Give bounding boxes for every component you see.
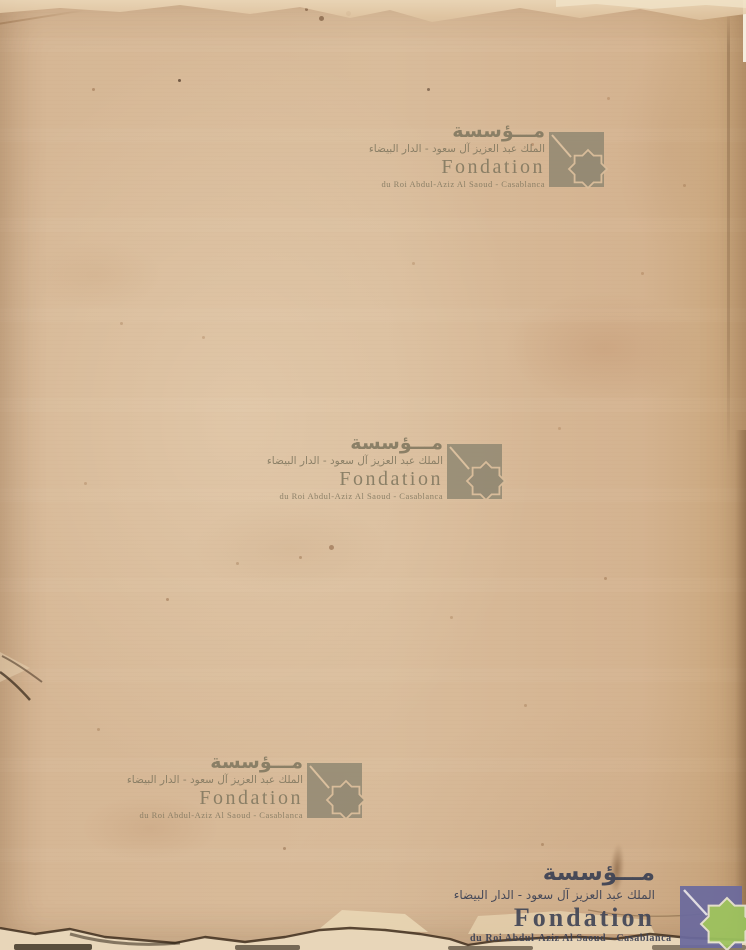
stamp-arabic-subtitle: الملك عبد العزيز آل سعود - الدار البيضاء	[263, 455, 443, 468]
stamp-latin-subtitle: du Roi Abdul-Aziz Al Saoud - Casablanca	[263, 491, 443, 501]
stamp-latin-title: Fondation	[123, 788, 303, 809]
stamp-latin-title: Fondation	[263, 469, 443, 490]
stamp-latin-subtitle: du Roi Abdul-Aziz Al Saoud - Casablanca	[365, 179, 545, 189]
stamp-arabic-title: مـــؤسسة	[365, 122, 545, 141]
stamp-arabic-subtitle: الملك عبد العزيز آل سعود - الدار البيضاء	[123, 774, 303, 787]
stamp-arabic-title: مـــؤسسة	[123, 753, 303, 772]
stamp-text-block: مـــؤسسة الملك عبد العزيز آل سعود - الدا…	[470, 862, 655, 944]
foundation-stamp-top: مـــؤسسة الملك عبد العزيز آل سعود - الدا…	[365, 122, 609, 190]
stamp-latin-title: Fondation	[470, 904, 655, 931]
stamp-text-block: مـــؤسسة الملك عبد العزيز آل سعود - الدا…	[263, 434, 443, 501]
stamp-arabic-subtitle: الملك عبد العزيز آل سعود - الدار البيضاء	[365, 143, 545, 156]
foundation-logo-icon	[307, 763, 367, 821]
scanned-page: مـــؤسسة الملك عبد العزيز آل سعود - الدا…	[0, 0, 746, 950]
torn-left-edge	[0, 640, 52, 712]
stamp-arabic-title: مـــؤسسة	[263, 434, 443, 453]
foundation-logo-color-icon	[680, 886, 746, 950]
stamp-arabic-subtitle: الملك عبد العزيز آل سعود - الدار البيضاء	[470, 888, 655, 903]
stamp-text-block: مـــؤسسة الملك عبد العزيز آل سعود - الدا…	[365, 122, 545, 189]
foundation-logo-icon	[549, 132, 609, 190]
vertical-crease	[727, 10, 730, 465]
stamp-latin-title: Fondation	[365, 157, 545, 178]
foundation-stamp-middle: مـــؤسسة الملك عبد العزيز آل سعود - الدا…	[263, 434, 507, 502]
foundation-logo-icon	[447, 444, 507, 502]
stamp-arabic-title: مـــؤسسة	[470, 862, 655, 885]
stamp-latin-subtitle: du Roi Abdul-Aziz Al Saoud - Casablanca	[123, 810, 303, 820]
stamp-latin-subtitle: du Roi Abdul-Aziz Al Saoud - Casablanca	[470, 933, 655, 944]
foundation-stamp-bottom-right: مـــؤسسة الملك عبد العزيز آل سعود - الدا…	[470, 862, 746, 950]
foundation-stamp-bottom-left: مـــؤسسة الملك عبد العزيز آل سعود - الدا…	[123, 753, 367, 821]
stamp-text-block: مـــؤسسة الملك عبد العزيز آل سعود - الدا…	[123, 753, 303, 820]
